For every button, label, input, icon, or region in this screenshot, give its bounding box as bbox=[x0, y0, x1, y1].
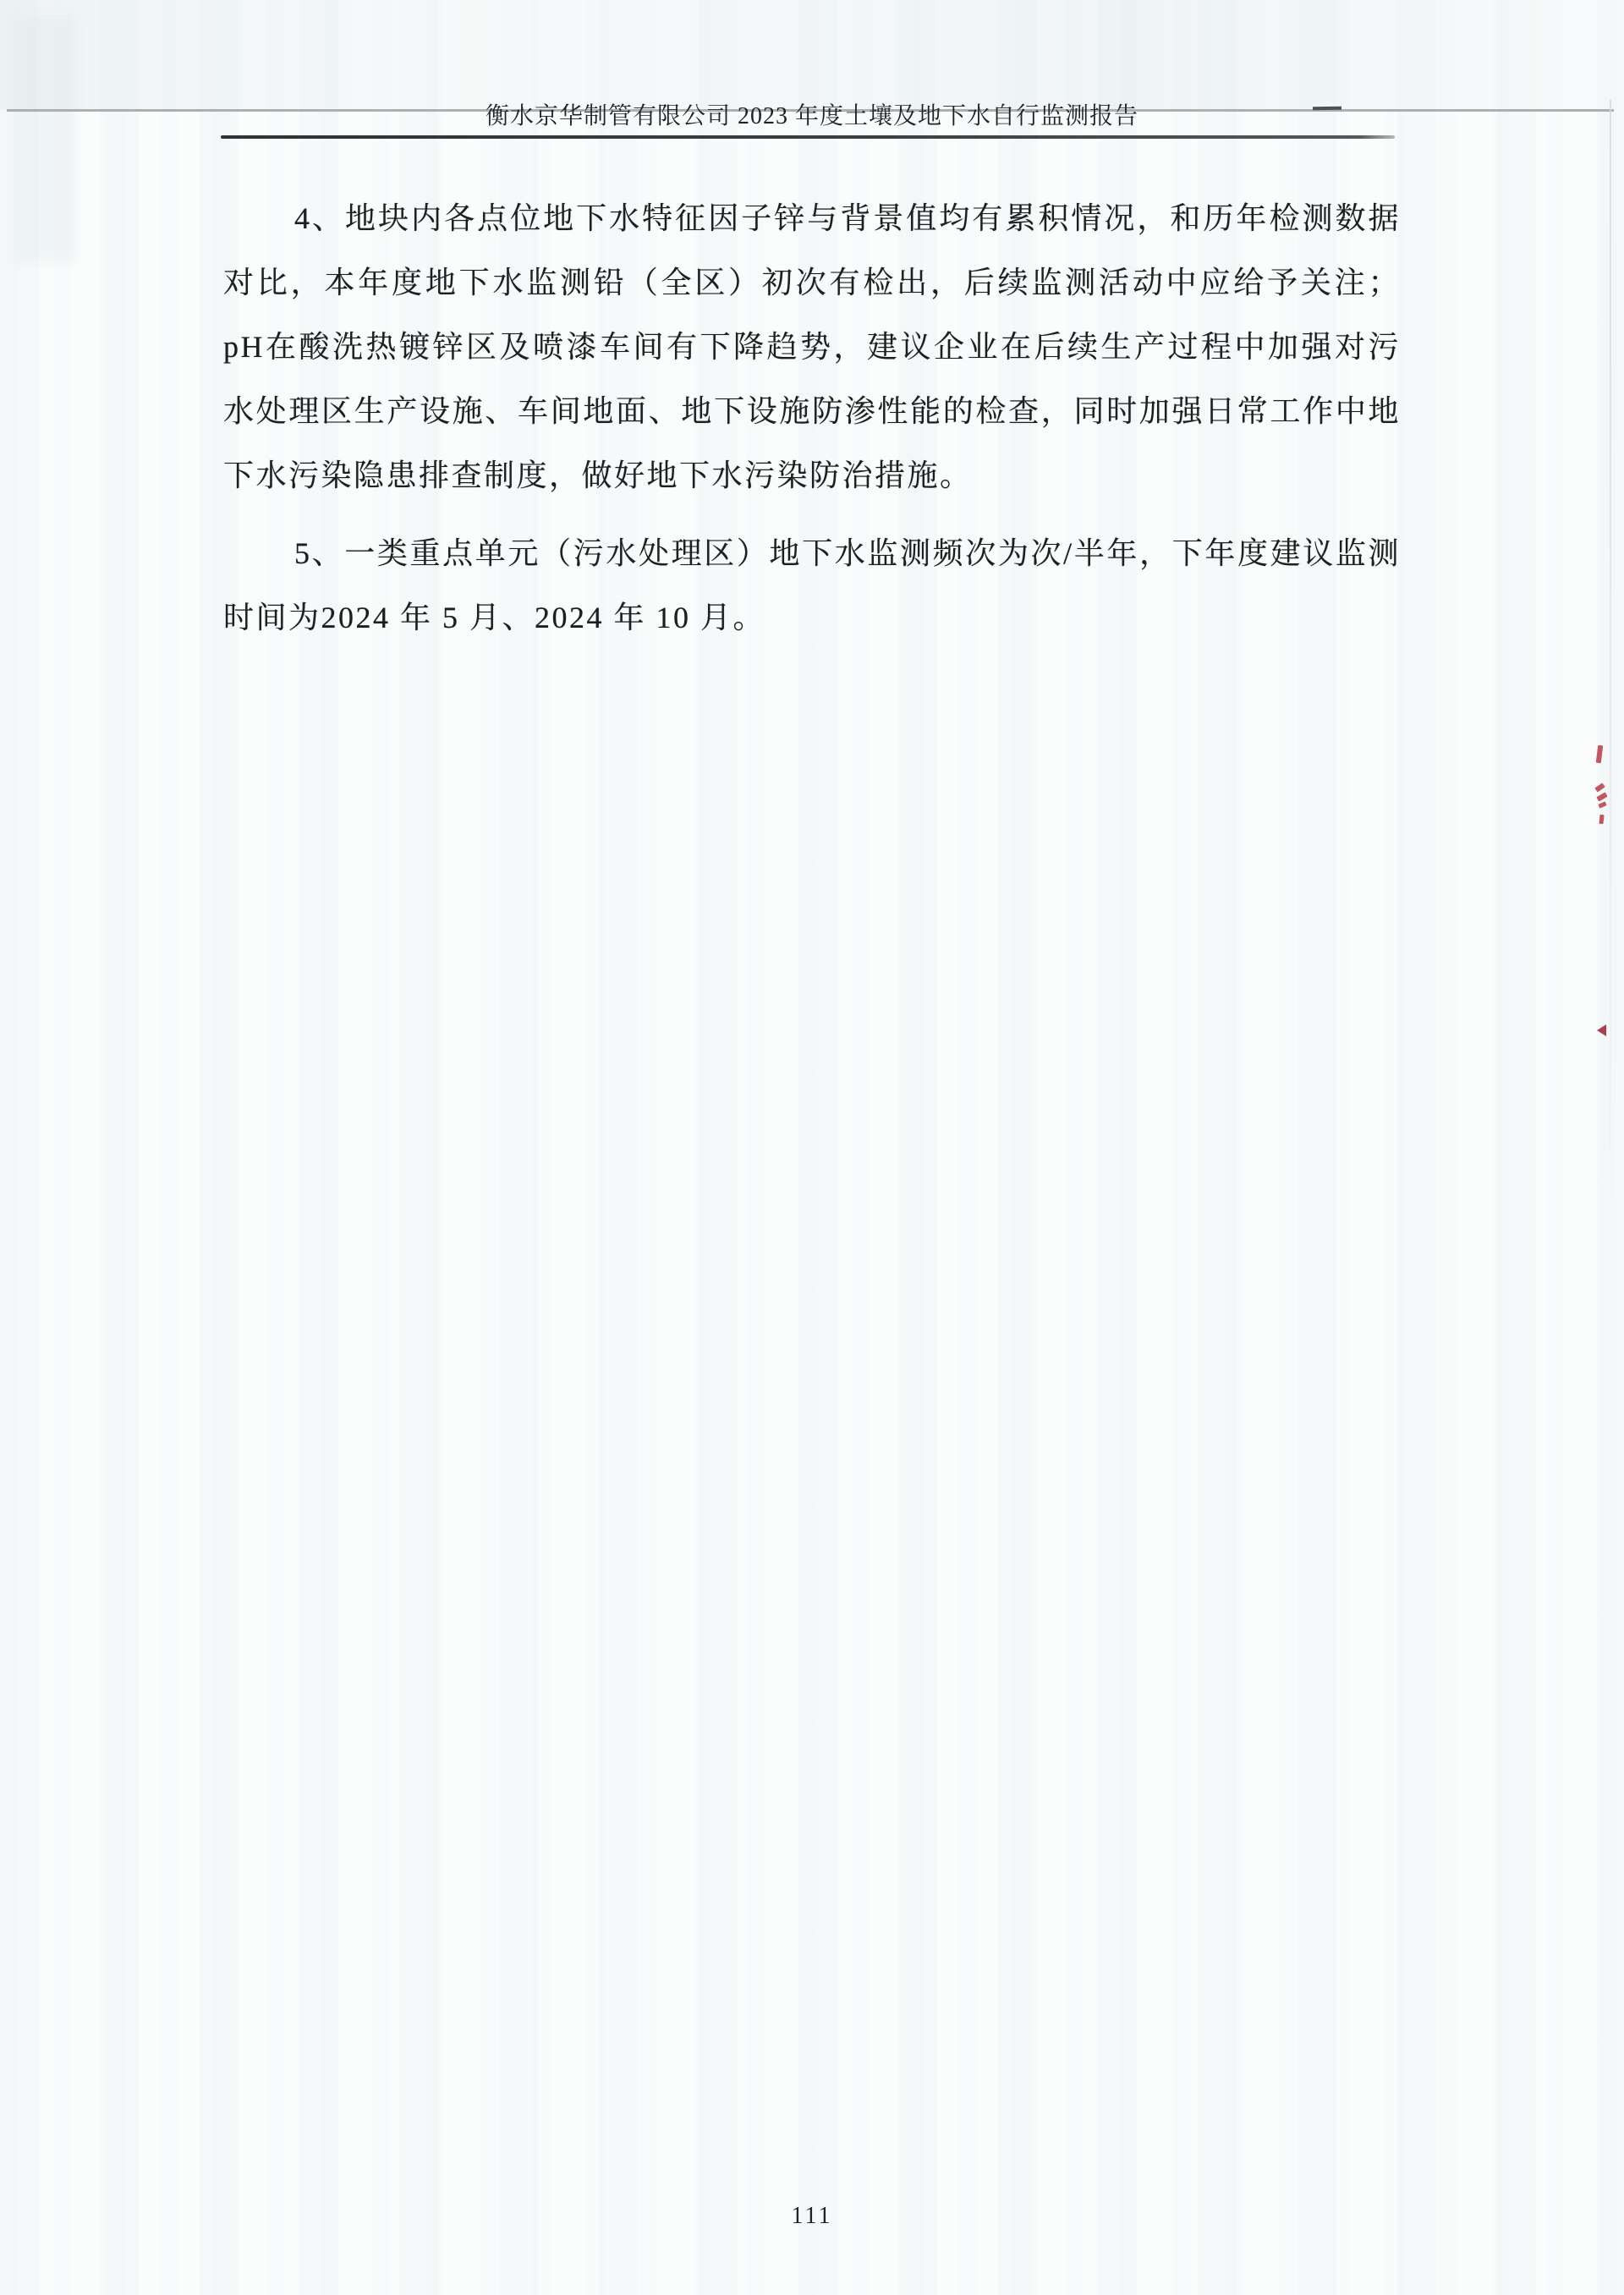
paragraph-4-line-2: 对比，本年度地下水监测铅（全区）初次有检出，后续监测活动中应给予关注； bbox=[223, 250, 1401, 315]
page-number: 111 bbox=[0, 2203, 1624, 2230]
header-rule-thick bbox=[221, 135, 1395, 139]
paragraph-4-line-4: 水处理区生产设施、车间地面、地下设施防渗性能的检查，同时加强日常工作中地 bbox=[223, 379, 1401, 443]
page-right-edge-line bbox=[1610, 100, 1611, 1276]
report-body: 4、地块内各点位地下水特征因子锌与背景值均有累积情况，和历年检测数据 对比，本年… bbox=[223, 186, 1401, 650]
scan-top-band bbox=[0, 0, 1624, 109]
seal-fragment bbox=[1596, 792, 1607, 801]
paragraph-5-line-2: 时间为2024 年 5 月、2024 年 10 月。 bbox=[223, 585, 1401, 650]
scanned-report-page: 衡水京华制管有限公司 2023 年度土壤及地下水自行监测报告 4、地块内各点位地… bbox=[0, 0, 1624, 2295]
seal-fragment bbox=[1598, 801, 1606, 808]
paragraph-5: 5、一类重点单元（污水处理区）地下水监测频次为次/半年，下年度建议监测 时间为2… bbox=[223, 521, 1401, 650]
report-header-title: 衡水京华制管有限公司 2023 年度土壤及地下水自行监测报告 bbox=[0, 102, 1624, 131]
scan-left-streak bbox=[15, 17, 76, 262]
seal-fragment bbox=[1596, 745, 1604, 764]
paragraph-4: 4、地块内各点位地下水特征因子锌与背景值均有累积情况，和历年检测数据 对比，本年… bbox=[223, 186, 1401, 508]
seal-fragment-arrow bbox=[1597, 1024, 1606, 1036]
paragraph-4-line-1: 4、地块内各点位地下水特征因子锌与背景值均有累积情况，和历年检测数据 bbox=[223, 186, 1401, 250]
seal-fragment bbox=[1599, 815, 1604, 824]
paragraph-5-line-1: 5、一类重点单元（污水处理区）地下水监测频次为次/半年，下年度建议监测 bbox=[223, 521, 1401, 585]
paragraph-4-line-3: pH在酸洗热镀锌区及喷漆车间有下降趋势，建议企业在后续生产过程中加强对污 bbox=[223, 315, 1401, 379]
paragraph-4-line-5: 下水污染隐患排查制度，做好地下水污染防治措施。 bbox=[223, 443, 1401, 508]
seal-fragment bbox=[1594, 782, 1605, 792]
